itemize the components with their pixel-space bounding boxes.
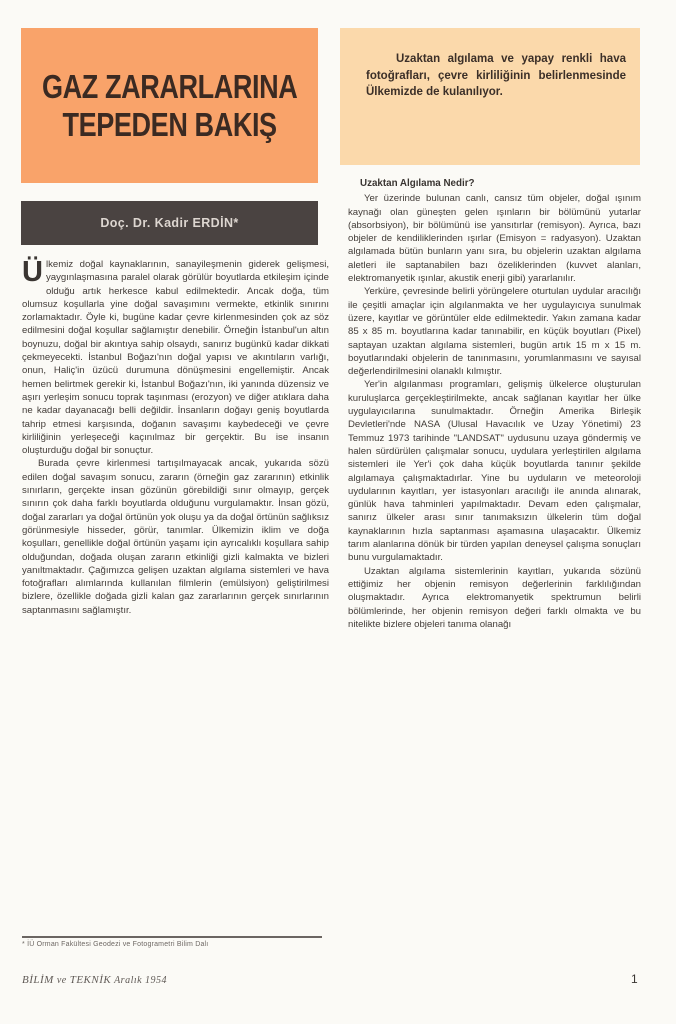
paragraph: Ülkemiz doğal kaynaklarının, sanayileşme… [22,258,329,457]
magazine-name-part: BİLİM [22,974,54,986]
lead-text: Uzaktan algılama ve yapay renkli hava fo… [366,51,626,101]
section-heading: Uzaktan Algılama Nedir? [360,177,641,190]
right-column: Uzaktan Algılama Nedir? Yer üzerinde bul… [348,177,641,631]
article-title-box: GAZ ZARARLARINA TEPEDEN BAKIŞ [21,28,318,183]
paragraph: Yer üzerinde bulunan canlı, cansız tüm o… [348,192,641,285]
left-column: Ülkemiz doğal kaynaklarının, sanayileşme… [22,258,329,617]
paragraph-text: lkemiz doğal kaynaklarının, sanayileşmen… [22,259,329,456]
page-number: 1 [631,972,638,986]
paragraph: Burada çevre kirlenmesi tartışılmayacak … [22,457,329,617]
author-name: Doç. Dr. Kadir ERDİN* [100,216,238,230]
author-box: Doç. Dr. Kadir ERDİN* [21,201,318,245]
article-title-line-2: TEPEDEN BAKIŞ [62,106,276,144]
magazine-name-part: TEKNİK [70,974,112,986]
magazine-footer: BİLİM ve TEKNİK Aralık 1954 [22,974,167,986]
paragraph: Yerküre, çevresinde belirli yörüngelere … [348,285,641,378]
magazine-name-part: ve [57,975,67,986]
drop-cap: Ü [22,260,43,285]
footnote-divider [22,936,322,938]
paragraph: Yer'in algılanması programları, gelişmiş… [348,378,641,564]
footnote: * İÜ Orman Fakültesi Geodezi ve Fotogram… [22,941,208,948]
article-title-line-1: GAZ ZARARLARINA [42,68,297,106]
lead-box: Uzaktan algılama ve yapay renkli hava fo… [340,28,640,165]
issue-date: Aralık 1954 [114,975,167,986]
paragraph: Uzaktan algılama sistemlerinin kayıtları… [348,565,641,631]
